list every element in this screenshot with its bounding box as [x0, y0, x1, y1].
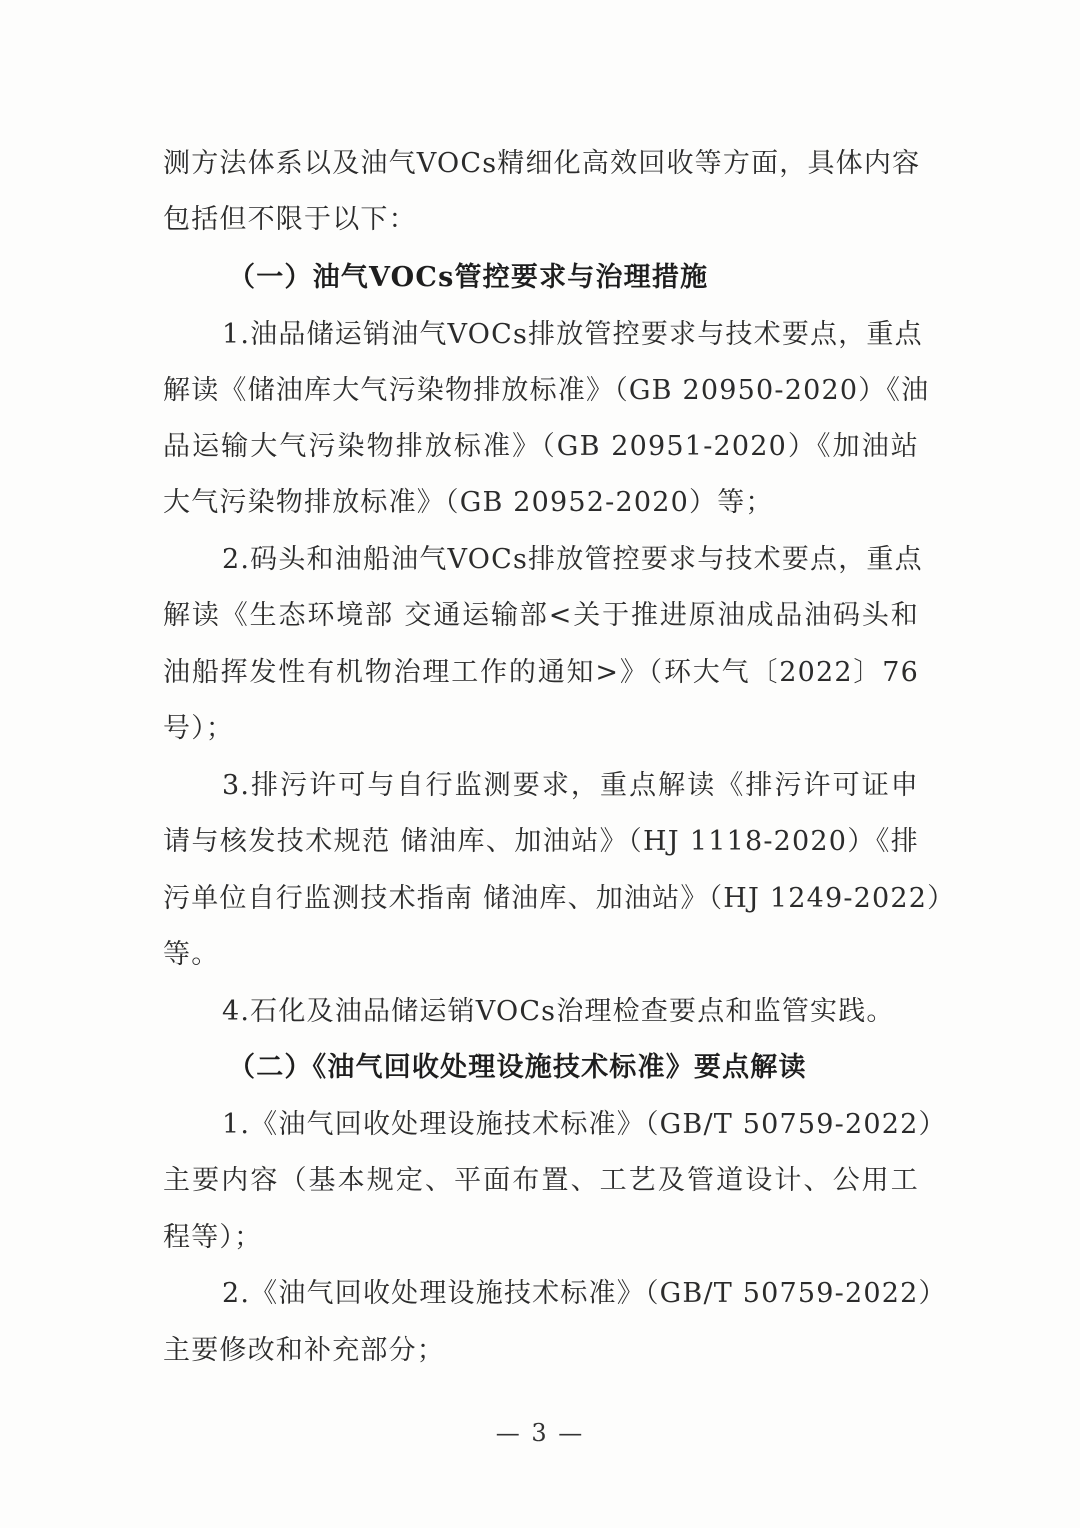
intro-paragraph-line-1: 测方法体系以及油气VOCs精细化高效回收等方面，具体内容 [163, 144, 919, 184]
section-1-item-3-line-4: 等。 [163, 935, 919, 975]
section-1-item-2-line-2: 解读《生态环境部 交通运输部<关于推进原油成品油码头和 [163, 596, 919, 636]
document-page: 测方法体系以及油气VOCs精细化高效回收等方面，具体内容 包括但不限于以下： （… [0, 0, 1080, 1528]
section-1-item-1-line-3: 品运输大气污染物排放标准》（GB 20951-2020）《加油站 [163, 427, 919, 467]
section-2-item-2-line-2: 主要修改和补充部分； [163, 1331, 919, 1371]
section-2-item-1-line-2: 主要内容（基本规定、平面布置、工艺及管道设计、公用工 [163, 1161, 919, 1201]
intro-paragraph-line-2: 包括但不限于以下： [163, 200, 919, 240]
page-number: — 3 — [0, 1418, 1080, 1448]
section-1-item-1-line-1: 1.油品储运销油气VOCs排放管控要求与技术要点，重点 [222, 315, 919, 355]
section-2-item-1-line-3: 程等）； [163, 1218, 919, 1258]
section-1-item-2-line-1: 2.码头和油船油气VOCs排放管控要求与技术要点，重点 [222, 540, 919, 580]
section-1-item-1-line-2: 解读《储油库大气污染物排放标准》（GB 20950-2020）《油 [163, 371, 919, 411]
section-1-item-1-line-4: 大气污染物排放标准》（GB 20952-2020）等； [163, 483, 919, 523]
section-1-item-3-line-2: 请与核发技术规范 储油库、加油站》（HJ 1118-2020）《排 [163, 822, 919, 862]
section-1-item-2-line-3: 油船挥发性有机物治理工作的通知>》（环大气〔2022〕76 [163, 653, 919, 693]
section-heading-2: （二）《油气回收处理设施技术标准》要点解读 [228, 1048, 984, 1088]
section-1-item-3-line-3: 污单位自行监测技术指南 储油库、加油站》（HJ 1249-2022） [163, 879, 919, 919]
section-2-item-2-line-1: 2.《油气回收处理设施技术标准》（GB/T 50759-2022） [222, 1274, 919, 1314]
section-1-item-3-line-1: 3.排污许可与自行监测要求，重点解读《排污许可证申 [222, 766, 919, 806]
section-2-item-1-line-1: 1.《油气回收处理设施技术标准》（GB/T 50759-2022） [222, 1105, 919, 1145]
section-1-item-2-line-4: 号）； [163, 709, 919, 749]
section-1-item-4-line-1: 4.石化及油品储运销VOCs治理检查要点和监管实践。 [222, 992, 919, 1032]
section-heading-1: （一）油气VOCs管控要求与治理措施 [228, 258, 984, 298]
